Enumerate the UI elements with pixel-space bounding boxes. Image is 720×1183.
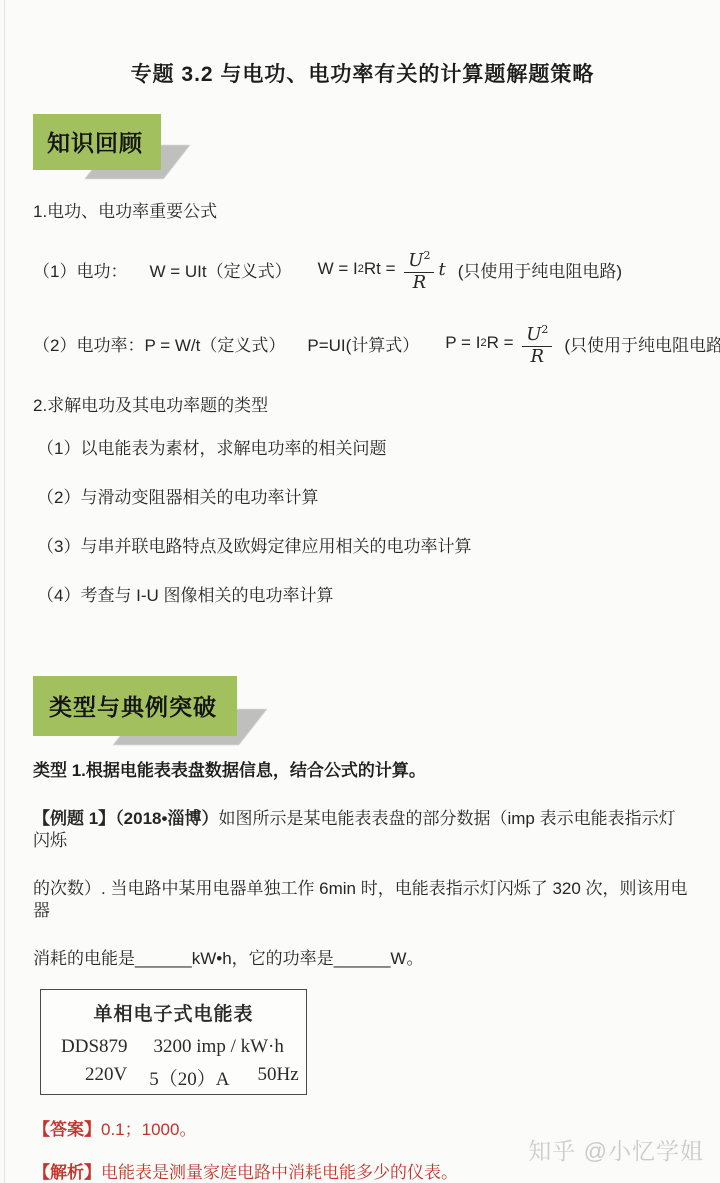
fraction-u-squared-over-r: U2 R (404, 246, 434, 293)
meter-row-ratings: 220V 5（20）A 50Hz (41, 1064, 306, 1091)
problem-text-2: 消耗的电能是 (33, 949, 135, 968)
analysis-text: 电能表是测量家庭电路中消耗电能多少的仪表。 (101, 1163, 458, 1182)
zhihu-watermark: 知乎 @小忆学姐 (528, 1133, 704, 1166)
type-item-4: （4）考查与 I-U 图像相关的电功率计算 (37, 585, 692, 607)
type-item-1: （1）以电能表为素材，求解电功率的相关问题 (37, 438, 692, 460)
page-title: 专题 3.2 与电功、电功率有关的计算题解题策略 (33, 0, 692, 88)
meter-title: 单相电子式电能表 (41, 999, 306, 1026)
meter-frequency: 50Hz (257, 1064, 298, 1091)
problem-label: 【例题 1】 (33, 809, 115, 828)
problem-line-1: 【例题 1】（2018•淄博）如图所示是某电能表表盘的部分数据（imp 表示电能… (33, 808, 692, 852)
formula2-lead: （2）电功率：P = W/t（定义式） (33, 331, 285, 356)
problem-line-3: 消耗的电能是______kW•h，它的功率是______W。 (33, 948, 692, 970)
fraction-numerator: U2 (522, 320, 552, 347)
meter-current: 5（20）A (149, 1064, 229, 1091)
problem-text-4: W。 (390, 949, 423, 968)
example-type-heading: 类型 1.根据电能表表盘数据信息，结合公式的计算。 (33, 760, 692, 782)
formula-electric-power: （2）电功率：P = W/t（定义式） P=UI(计算式） P = I2R = … (33, 309, 692, 377)
heading-problem-types: 2.求解电功及其电功率题的类型 (33, 395, 692, 417)
answer-text: 0.1；1000。 (101, 1120, 196, 1139)
document-page: 专题 3.2 与电功、电功率有关的计算题解题策略 知识回顾 1.电功、电功率重要… (0, 0, 720, 1183)
fraction-numerator: U2 (404, 246, 434, 273)
formula1-calc-post: Rt = (364, 259, 400, 279)
answer-label: 【答案】 (33, 1120, 101, 1139)
meter-voltage: 220V (85, 1064, 127, 1091)
meter-impulse-constant: 3200 imp / kW·h (154, 1036, 284, 1058)
formula1-lead: （1）电功： (33, 257, 127, 282)
formula1-time-variable: t (438, 259, 445, 280)
section-banner-examples-label: 类型与典例突破 (33, 676, 237, 736)
answer-blank-energy: ______ (135, 949, 192, 968)
section-banner-examples: 类型与典例突破 (33, 676, 237, 736)
problem-source: （2018•淄博） (115, 809, 218, 828)
section-banner-knowledge-label: 知识回顾 (33, 114, 161, 170)
meter-model: DDS879 (61, 1036, 128, 1058)
formula1-calc-pre: W = I (318, 259, 358, 279)
problem-line-2: 的次数）. 当电路中某用电器单独工作 6min 时，电能表指示灯闪烁了 320 … (33, 878, 692, 922)
section-banner-knowledge: 知识回顾 (33, 114, 161, 170)
fraction-denominator: R (413, 273, 427, 293)
formula2-calc1: P=UI(计算式） (307, 331, 419, 356)
answer-blank-power: ______ (334, 949, 391, 968)
meter-row-model: DDS879 3200 imp / kW·h (41, 1036, 306, 1058)
type-item-2: （2）与滑动变阻器相关的电功率计算 (37, 487, 692, 509)
heading-formulas: 1.电功、电功率重要公式 (33, 201, 692, 223)
fraction-denominator: R (531, 347, 545, 367)
formula-electric-work: （1）电功： W = UIt（定义式） W = I2Rt = U2 R t (只… (33, 235, 692, 303)
analysis-label: 【解析】 (33, 1163, 101, 1182)
formula2-note: (只使用于纯电阻电路) (564, 331, 720, 356)
formula1-definition: W = UIt（定义式） (149, 257, 291, 282)
problem-text-3: kW•h，它的功率是 (192, 949, 334, 968)
fraction-u-squared-over-r: U2 R (522, 320, 552, 367)
formula2-calc-pre: P = I (445, 333, 480, 353)
formula1-note: (只使用于纯电阻电路) (458, 257, 622, 282)
energy-meter-nameplate: 单相电子式电能表 DDS879 3200 imp / kW·h 220V 5（2… (40, 989, 307, 1095)
type-item-3: （3）与串并联电路特点及欧姆定律应用相关的电功率计算 (37, 536, 692, 558)
formula2-calc-post: R = (487, 333, 519, 353)
